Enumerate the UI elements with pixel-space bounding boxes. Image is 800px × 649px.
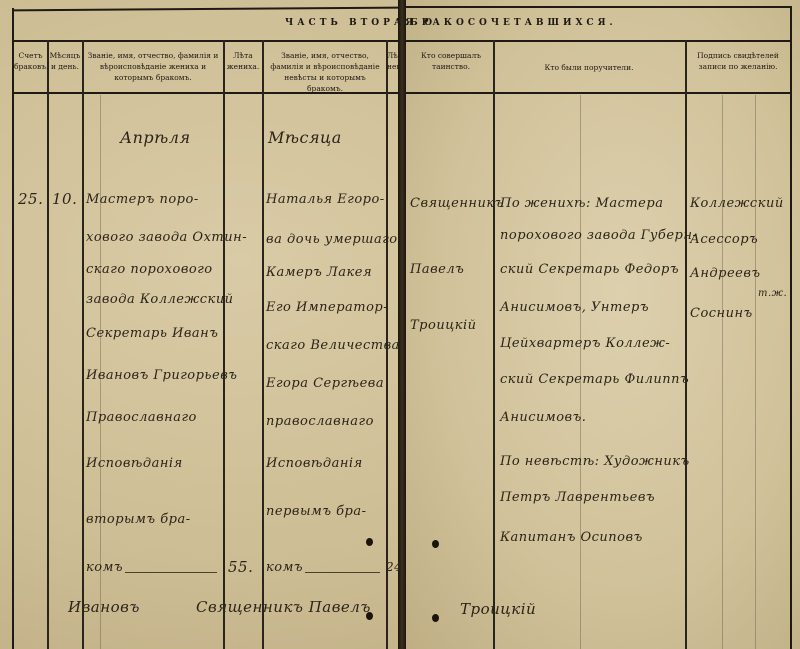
binding-hole	[366, 612, 373, 620]
witness-line: Асессоръ	[690, 232, 758, 247]
groom-line: Православнаго	[86, 410, 197, 425]
bride-line: Исповѣданія	[266, 456, 363, 471]
month-label-bride: Мѣсяца	[268, 128, 342, 147]
bride-line: Камеръ Лакея	[266, 265, 372, 280]
officiant-line: Павелъ	[410, 262, 464, 277]
bride-line: скаго Величества	[266, 338, 400, 353]
sponsor-line: Цейхвартеръ Коллеж-	[500, 336, 670, 351]
bride-line: Наталья Егоро-	[266, 192, 385, 207]
groom-line: Мастеръ поро-	[86, 192, 199, 207]
bride-line: Егора Сергѣева	[266, 376, 384, 391]
header-officiant: Кто совершалъ таинство.	[410, 50, 492, 72]
groom-line: вторымъ бра-	[86, 512, 191, 527]
groom-line: Ивановъ Григорьевъ	[86, 368, 237, 383]
witness-line: Андреевъ	[690, 266, 761, 281]
bride-line: православнаго	[266, 414, 374, 429]
groom-line: Секретарь Иванъ	[86, 326, 218, 341]
signature-groom: Ивановъ	[68, 598, 140, 616]
witness-line: Коллежский	[690, 196, 784, 211]
sponsor-line: По невѣстѣ: Художникъ	[500, 454, 690, 469]
sponsor-line: Петръ Лаврентьевъ	[500, 490, 655, 505]
sponsor-line: порохового завода Губерн-	[500, 228, 697, 243]
header-sponsors: Кто были поручители.	[495, 62, 683, 73]
bride-age: 24	[386, 560, 402, 574]
groom-line: скаго порохового	[86, 262, 213, 277]
entry-day: 10.	[52, 190, 77, 208]
witness-line: Соснинъ	[690, 306, 753, 321]
binding-hole	[432, 540, 439, 548]
groom-line: завода Коллежский	[86, 292, 234, 307]
groom-age: 55.	[228, 558, 253, 576]
header-count: Счетъ браковъ.	[14, 50, 47, 72]
officiant-line: Троицкій	[410, 318, 477, 333]
signature-priest: Священникъ Павелъ	[196, 598, 371, 616]
header-groom: Званіе, имя, отчество, фамилія и вѣроисп…	[86, 50, 220, 83]
binding-hole	[432, 614, 439, 622]
bride-line: Его Император-	[266, 300, 388, 315]
groom-line: комъ	[86, 560, 123, 575]
header-month-day: Мѣсяцъ и день.	[48, 50, 82, 72]
officiant-line: Священникъ	[410, 196, 504, 211]
groom-line: Исповѣданія	[86, 456, 183, 471]
header-bride: Званіе, имя, отчество, фамилія и вѣроисп…	[266, 50, 384, 94]
document-spread: ЧАСТЬ ВТОРАЯ О БРАКОСОЧЕТАВШИХСЯ. Счетъ …	[0, 0, 800, 649]
header-witness: Подпись свидѣтелей записи по желанію.	[688, 50, 788, 72]
signature-troitsky: Троицкій	[460, 600, 536, 618]
sponsor-line: По женихѣ: Мастера	[500, 196, 663, 211]
bride-line: первымъ бра-	[266, 504, 367, 519]
groom-line: хового завода Охтин-	[86, 230, 247, 245]
bride-line: комъ	[266, 560, 303, 575]
header-bride-age: Лѣта невѣсты.	[387, 50, 398, 72]
header-groom-age: Лѣта жениха.	[224, 50, 262, 72]
entry-number: 25.	[18, 190, 43, 208]
month-label-groom: Апрѣля	[120, 128, 191, 147]
sponsor-line: Анисимовъ.	[500, 410, 586, 425]
book-gutter	[398, 0, 406, 649]
sponsor-line: Капитанъ Осиповъ	[500, 530, 643, 545]
bride-line: ва дочь умершаго	[266, 232, 398, 247]
sponsor-line: Анисимовъ, Унтеръ	[500, 300, 649, 315]
sponsor-line: ский Секретарь Филиппъ	[500, 372, 689, 387]
binding-hole	[366, 538, 373, 546]
witness-note: т.ж.	[758, 288, 787, 299]
sponsor-line: ский Секретарь Федоръ	[500, 262, 679, 277]
title-right: БРАКОСОЧЕТАВШИХСЯ.	[410, 18, 617, 28]
